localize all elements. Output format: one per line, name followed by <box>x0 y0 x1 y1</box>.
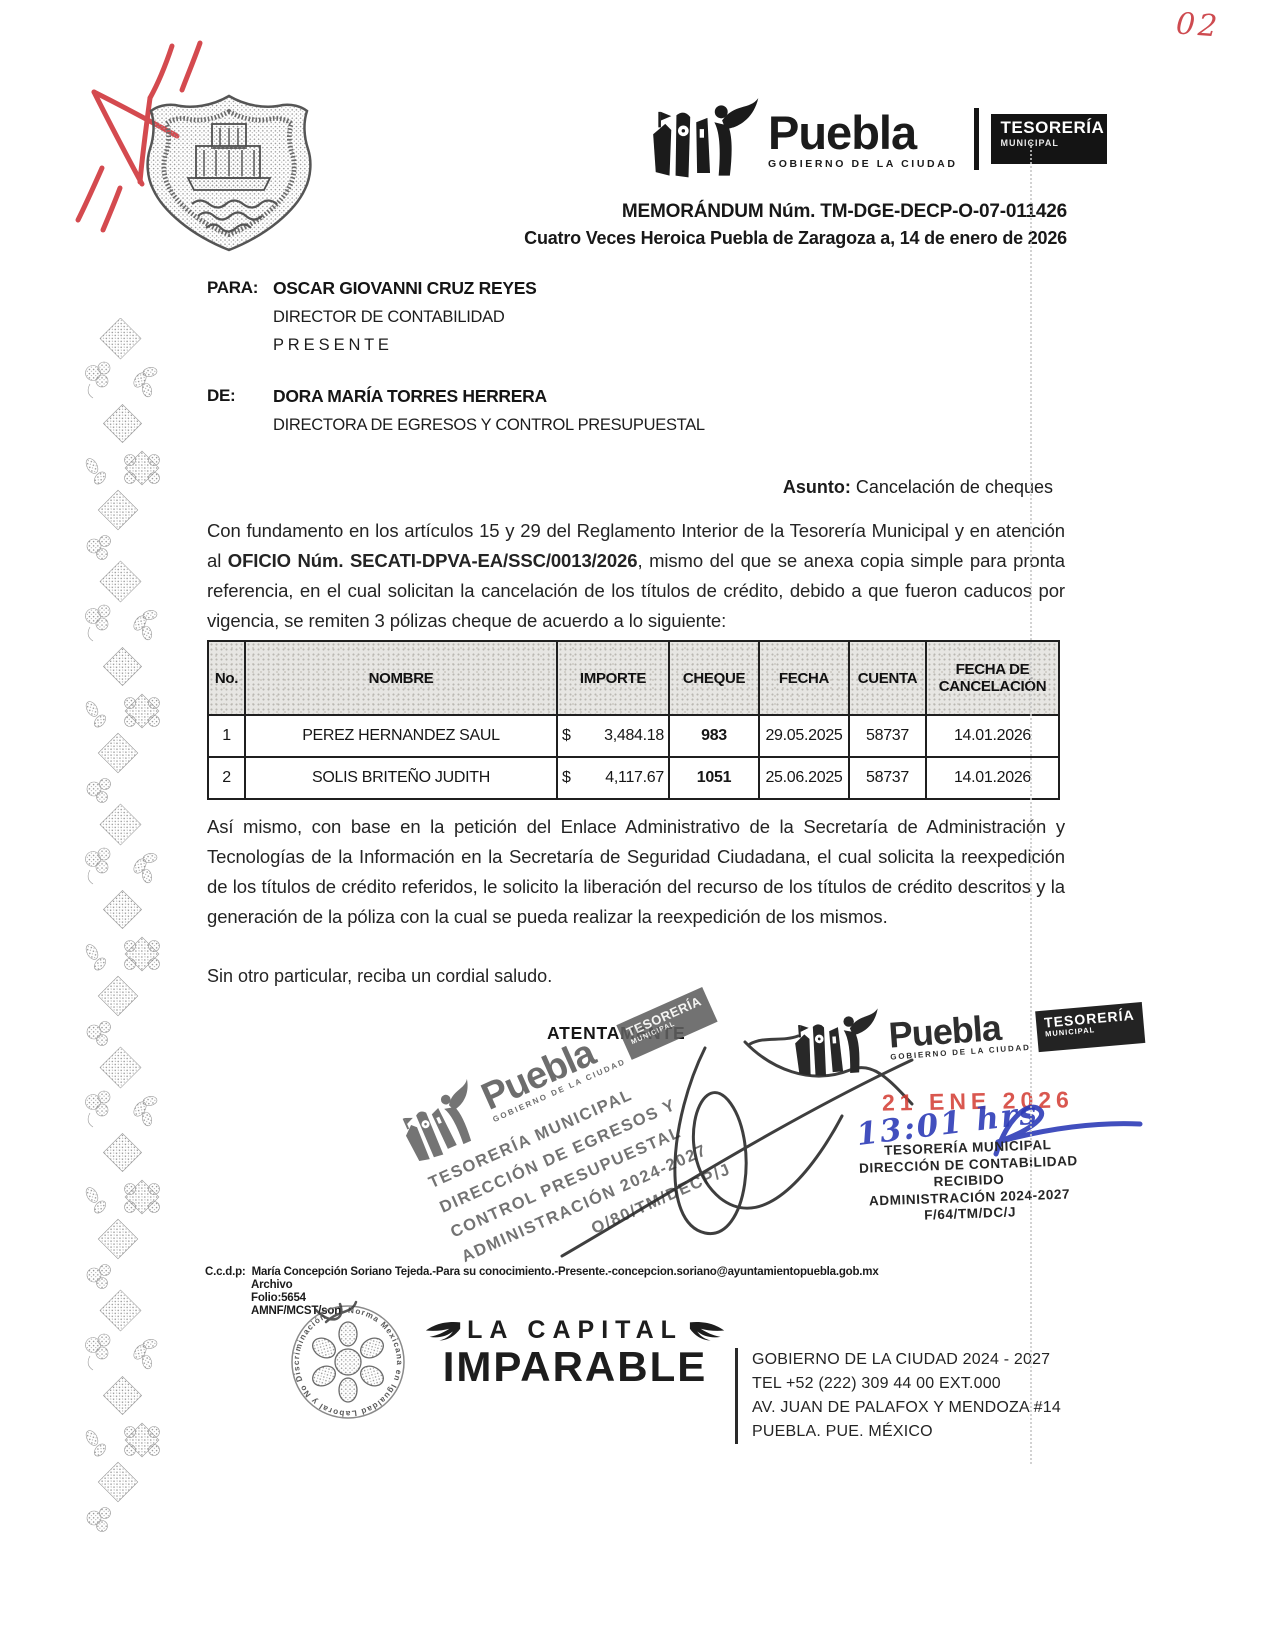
nmx-equality-seal: Norma Mexicana en Igualdad Laboral y No … <box>286 1300 410 1424</box>
memo-number-line: MEMORÁNDUM Núm. TM-DGE-DECP-O-07-011426 <box>622 201 1067 223</box>
cell-cuenta: 58737 <box>849 715 926 757</box>
wing-right-icon <box>689 1319 725 1342</box>
recipient-title: DIRECTOR DE CONTABILIDAD <box>273 308 536 327</box>
memo-date-line: Cuatro Veces Heroica Puebla de Zaragoza … <box>524 228 1067 249</box>
sender-label: DE: <box>207 386 273 407</box>
table-row: 1 PEREZ HERNANDEZ SAUL $3,484.18 983 29.… <box>208 715 1059 757</box>
cell-fecha: 29.05.2025 <box>759 715 849 757</box>
amount: 4,117.67 <box>605 769 664 787</box>
footer-contact-block: GOBIERNO DE LA CIUDAD 2024 - 2027 TEL +5… <box>735 1348 1061 1444</box>
subject-label: Asunto: <box>783 477 851 497</box>
brand-divider-bar <box>974 108 979 170</box>
city-crest <box>140 92 318 254</box>
badge-line2: MUNICIPAL <box>1001 138 1099 148</box>
subject-text: Cancelación de cheques <box>856 477 1053 497</box>
wing-left-icon <box>425 1319 461 1342</box>
recipient-label: PARA: <box>207 278 273 299</box>
col-fecha-cancelacion: FECHA DE CANCELACIÓN <box>926 641 1059 715</box>
memo-document: 02 <box>0 0 1275 1650</box>
closing-line: Sin otro particular, reciba un cordial s… <box>207 966 552 987</box>
amount: 3,484.18 <box>604 727 664 745</box>
col-cuenta: CUENTA <box>849 641 926 715</box>
sender-title: DIRECTORA DE EGRESOS Y CONTROL PRESUPUES… <box>273 416 705 435</box>
cell-nombre: SOLIS BRITEÑO JUDITH <box>245 757 557 799</box>
received-stamp-cluster: Puebla GOBIERNO DE LA CIUDAD TESORERÍAMU… <box>790 1002 1150 1068</box>
footer-line: GOBIERNO DE LA CIUDAD 2024 - 2027 <box>752 1348 1061 1372</box>
cell-cuenta: 58737 <box>849 757 926 799</box>
brand-tagline: GOBIERNO DE LA CIUDAD <box>768 159 958 170</box>
sender-name: DORA MARÍA TORRES HERRERA <box>273 386 705 407</box>
footer-line: TEL +52 (222) 309 44 00 EXT.000 <box>752 1372 1061 1396</box>
cc-line2: Archivo <box>251 1279 879 1292</box>
currency-sign: $ <box>562 727 571 745</box>
campaign-line2: IMPARABLE <box>425 1343 725 1391</box>
subject-line: Asunto: Cancelación de cheques <box>783 477 1053 498</box>
badge-line1: TESORERÍA <box>1001 118 1099 138</box>
capital-imparable-logo: LA CAPITAL IMPARABLE <box>425 1316 725 1391</box>
cell-cheque: 1051 <box>669 757 759 799</box>
scan-artifact-dotted-line <box>1030 142 1032 1464</box>
col-nombre: NOMBRE <box>245 641 557 715</box>
cell-no: 2 <box>208 757 245 799</box>
body-paragraph-2: Así mismo, con base en la petición del E… <box>207 812 1065 932</box>
cell-fecha-cancelacion: 14.01.2026 <box>926 715 1059 757</box>
recipient-present: P R E S E N T E <box>273 336 536 355</box>
tesoreria-badge: TESORERÍA MUNICIPAL <box>991 114 1107 164</box>
cheques-table: No. NOMBRE IMPORTE CHEQUE FECHA CUENTA F… <box>207 640 1060 800</box>
col-cheque: CHEQUE <box>669 641 759 715</box>
cell-importe: $4,117.67 <box>557 757 669 799</box>
col-importe: IMPORTE <box>557 641 669 715</box>
received-puebla-icon <box>788 1008 884 1080</box>
body-paragraph-1: Con fundamento en los artículos 15 y 29 … <box>207 516 1065 636</box>
recipient-block: PARA: OSCAR GIOVANNI CRUZ REYES DIRECTOR… <box>207 278 536 355</box>
brand-wordmark: Puebla <box>768 109 958 156</box>
cell-importe: $3,484.18 <box>557 715 669 757</box>
table-row: 2 SOLIS BRITEÑO JUDITH $4,117.67 1051 25… <box>208 757 1059 799</box>
puebla-figures-icon <box>648 98 760 180</box>
col-fecha: FECHA <box>759 641 849 715</box>
cell-fecha: 25.06.2025 <box>759 757 849 799</box>
recipient-name: OSCAR GIOVANNI CRUZ REYES <box>273 278 536 299</box>
received-badge: TESORERÍAMUNICIPAL <box>1035 1002 1145 1052</box>
campaign-line1: LA CAPITAL <box>467 1316 683 1345</box>
footer-line: PUEBLA. PUE. MÉXICO <box>752 1420 1061 1444</box>
handwritten-page-number: 02 <box>1175 7 1222 45</box>
cell-fecha-cancelacion: 14.01.2026 <box>926 757 1059 799</box>
table-header-row: No. NOMBRE IMPORTE CHEQUE FECHA CUENTA F… <box>208 641 1059 715</box>
sender-block: DE: DORA MARÍA TORRES HERRERA DIRECTORA … <box>207 386 705 435</box>
cc-line1: María Concepción Soriano Tejeda.-Para su… <box>252 1266 879 1279</box>
header-brand-lockup: Puebla GOBIERNO DE LA CIUDAD TESORERÍA M… <box>648 98 1107 180</box>
currency-sign: $ <box>562 769 571 787</box>
col-no: No. <box>208 641 245 715</box>
talavera-border-pattern <box>80 318 160 1533</box>
cell-no: 1 <box>208 715 245 757</box>
cell-nombre: PEREZ HERNANDEZ SAUL <box>245 715 557 757</box>
p1-oficio-ref: OFICIO Núm. SECATI-DPVA-EA/SSC/0013/2026 <box>228 550 638 571</box>
cell-cheque: 983 <box>669 715 759 757</box>
cc-label: C.c.d.p: <box>205 1266 246 1279</box>
footer-line: AV. JUAN DE PALAFOX Y MENDOZA #14 <box>752 1396 1061 1420</box>
